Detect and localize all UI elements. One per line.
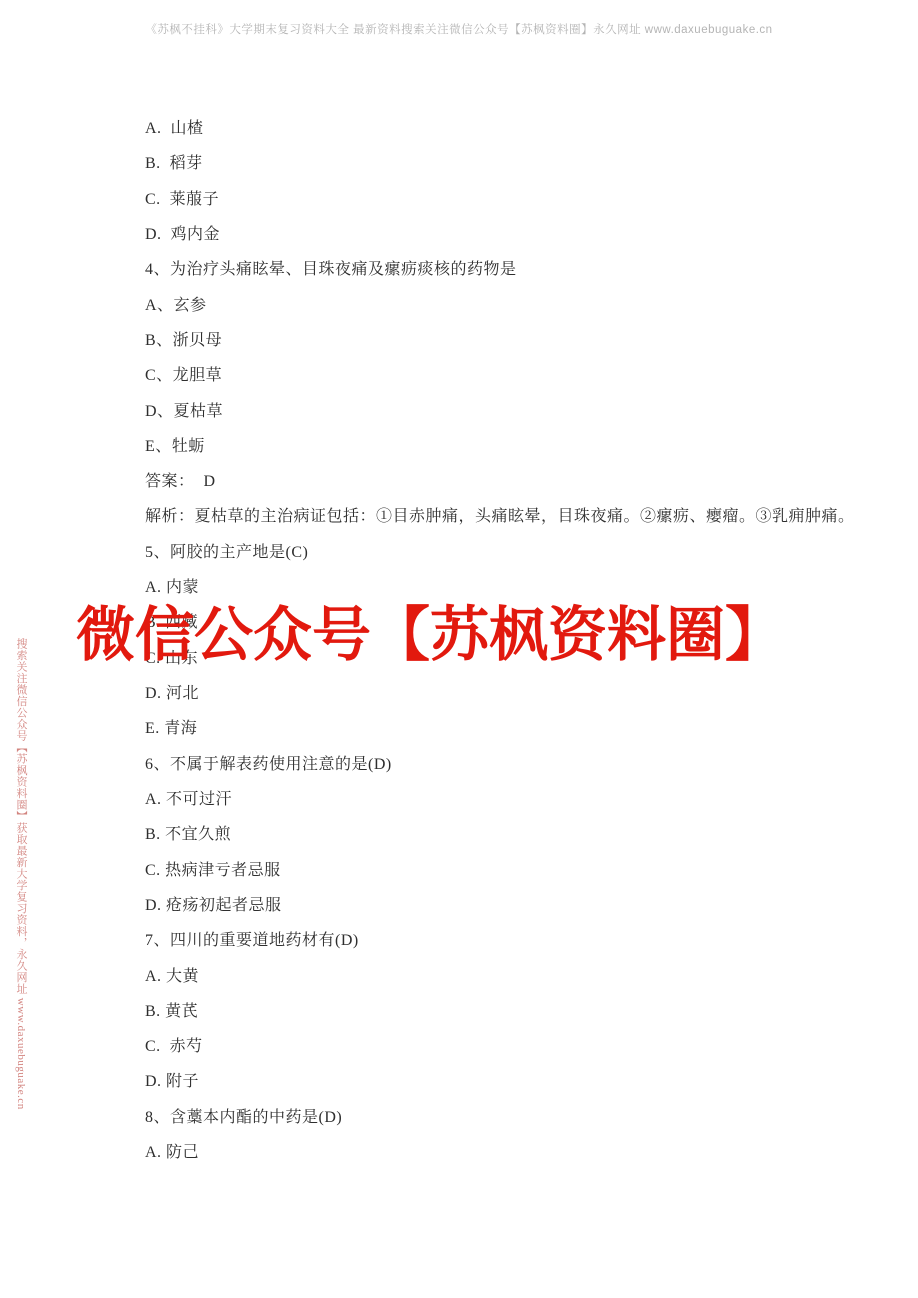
document-line: 答案： D — [145, 464, 845, 499]
document-line: 4、为治疗头痛眩晕、目珠夜痛及瘰疬痰核的药物是 — [145, 252, 845, 287]
document-line: 5、阿胶的主产地是(C) — [145, 535, 845, 570]
document-line: B. 稻芽 — [145, 146, 845, 181]
side-vertical-watermark: 搜索关注微信公众号【苏枫资料圈】获取最新大学复习资料，永久网址 www.daxu… — [13, 638, 29, 1110]
document-line: C. 热病津亏者忌服 — [145, 853, 845, 888]
document-line: E. 青海 — [145, 711, 845, 746]
page-header-watermark-text: 《苏枫不挂科》大学期末复习资料大全 最新资料搜索关注微信公众号【苏枫资料圈】永久… — [0, 21, 918, 37]
document-line: A. 不可过汗 — [145, 782, 845, 817]
document-line: C、龙胆草 — [145, 358, 845, 393]
document-line: 解析：夏枯草的主治病证包括：①目赤肿痛，头痛眩晕，目珠夜痛。②瘰疬、瘿瘤。③乳痈… — [145, 499, 845, 534]
document-line: B. 黄芪 — [145, 994, 845, 1029]
document-line: A、玄参 — [145, 288, 845, 323]
document-line: D. 鸡内金 — [145, 217, 845, 252]
document-line: C. 莱菔子 — [145, 182, 845, 217]
document-line: D. 附子 — [145, 1064, 845, 1099]
document-line: A. 防己 — [145, 1135, 845, 1170]
document-line: 7、四川的重要道地药材有(D) — [145, 923, 845, 958]
document-line: D、夏枯草 — [145, 394, 845, 429]
document-page: 《苏枫不挂科》大学期末复习资料大全 最新资料搜索关注微信公众号【苏枫资料圈】永久… — [0, 0, 918, 1298]
wechat-watermark-banner: 微信公众号【苏枫资料圈】 — [76, 601, 784, 671]
document-line: E、牡蛎 — [145, 429, 845, 464]
document-line: B、浙贝母 — [145, 323, 845, 358]
document-line: A. 大黄 — [145, 959, 845, 994]
document-line: B. 不宜久煎 — [145, 817, 845, 852]
document-line: D. 疮疡初起者忌服 — [145, 888, 845, 923]
document-line: 8、含藁本内酯的中药是(D) — [145, 1100, 845, 1135]
document-line: C. 赤芍 — [145, 1029, 845, 1064]
document-line: 6、不属于解表药使用注意的是(D) — [145, 747, 845, 782]
document-line: D. 河北 — [145, 676, 845, 711]
document-line: A. 山楂 — [145, 111, 845, 146]
